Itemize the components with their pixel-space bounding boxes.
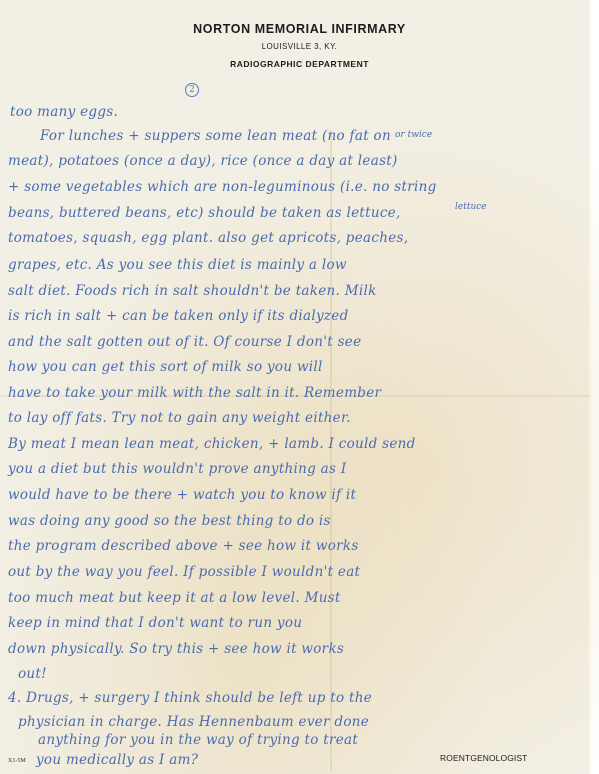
letter-line: was doing any good so the best thing to … bbox=[8, 513, 331, 529]
letter-line: down physically. So try this + see how i… bbox=[8, 641, 344, 657]
letter-line: too many eggs. bbox=[10, 104, 118, 120]
letter-line: tomatoes, squash, egg plant. also get ap… bbox=[8, 230, 408, 246]
letter-line: would have to be there + watch you to kn… bbox=[8, 487, 356, 503]
institution-city: LOUISVILLE 3, KY. bbox=[0, 42, 599, 51]
letter-line: too much meat but keep it at a low level… bbox=[8, 590, 341, 606]
letter-line: For lunches + suppers some lean meat (no… bbox=[40, 128, 391, 144]
letter-line: out by the way you feel. If possible I w… bbox=[8, 564, 360, 580]
letter-line: how you can get this sort of milk so you… bbox=[8, 359, 323, 375]
letter-line: grapes, etc. As you see this diet is mai… bbox=[8, 257, 347, 273]
letter-line: you a diet but this wouldn't prove anyth… bbox=[8, 461, 346, 477]
letter-page: NORTON MEMORIAL INFIRMARY LOUISVILLE 3, … bbox=[0, 0, 599, 774]
letter-line: salt diet. Foods rich in salt shouldn't … bbox=[8, 283, 377, 299]
letter-line: and the salt gotten out of it. Of course… bbox=[8, 334, 361, 350]
letterhead: NORTON MEMORIAL INFIRMARY LOUISVILLE 3, … bbox=[0, 22, 599, 69]
department-name: RADIOGRAPHIC DEPARTMENT bbox=[0, 59, 599, 69]
letter-line: keep in mind that I don't want to run yo… bbox=[8, 615, 302, 631]
page-number-circle: 2 bbox=[185, 83, 199, 97]
letter-line: the program described above + see how it… bbox=[8, 538, 359, 554]
letter-line: meat), potatoes (once a day), rice (once… bbox=[8, 153, 398, 169]
letter-line: is rich in salt + can be taken only if i… bbox=[8, 308, 349, 324]
letter-line: to lay off fats. Try not to gain any wei… bbox=[8, 410, 351, 426]
interlinear-insert-twice: or twice bbox=[395, 130, 432, 140]
letter-line: physician in charge. Has Hennenbaum ever… bbox=[18, 714, 369, 730]
letter-line: By meat I mean lean meat, chicken, + lam… bbox=[8, 436, 416, 452]
letter-line: 4. Drugs, + surgery I think should be le… bbox=[8, 690, 372, 706]
institution-name: NORTON MEMORIAL INFIRMARY bbox=[0, 22, 599, 36]
letter-line: anything for you in the way of trying to… bbox=[38, 732, 358, 748]
letter-line: out! bbox=[18, 666, 47, 682]
letter-line: have to take your milk with the salt in … bbox=[8, 385, 381, 401]
interlinear-insert-lettuce: lettuce bbox=[455, 202, 487, 212]
letter-line: you medically as I am? bbox=[36, 752, 198, 768]
form-code: X1-5M bbox=[8, 758, 26, 764]
letter-line: beans, buttered beans, etc) should be ta… bbox=[8, 205, 401, 221]
footer-title: ROENTGENOLOGIST bbox=[440, 753, 527, 763]
letter-line: + some vegetables which are non-legumino… bbox=[8, 179, 437, 195]
